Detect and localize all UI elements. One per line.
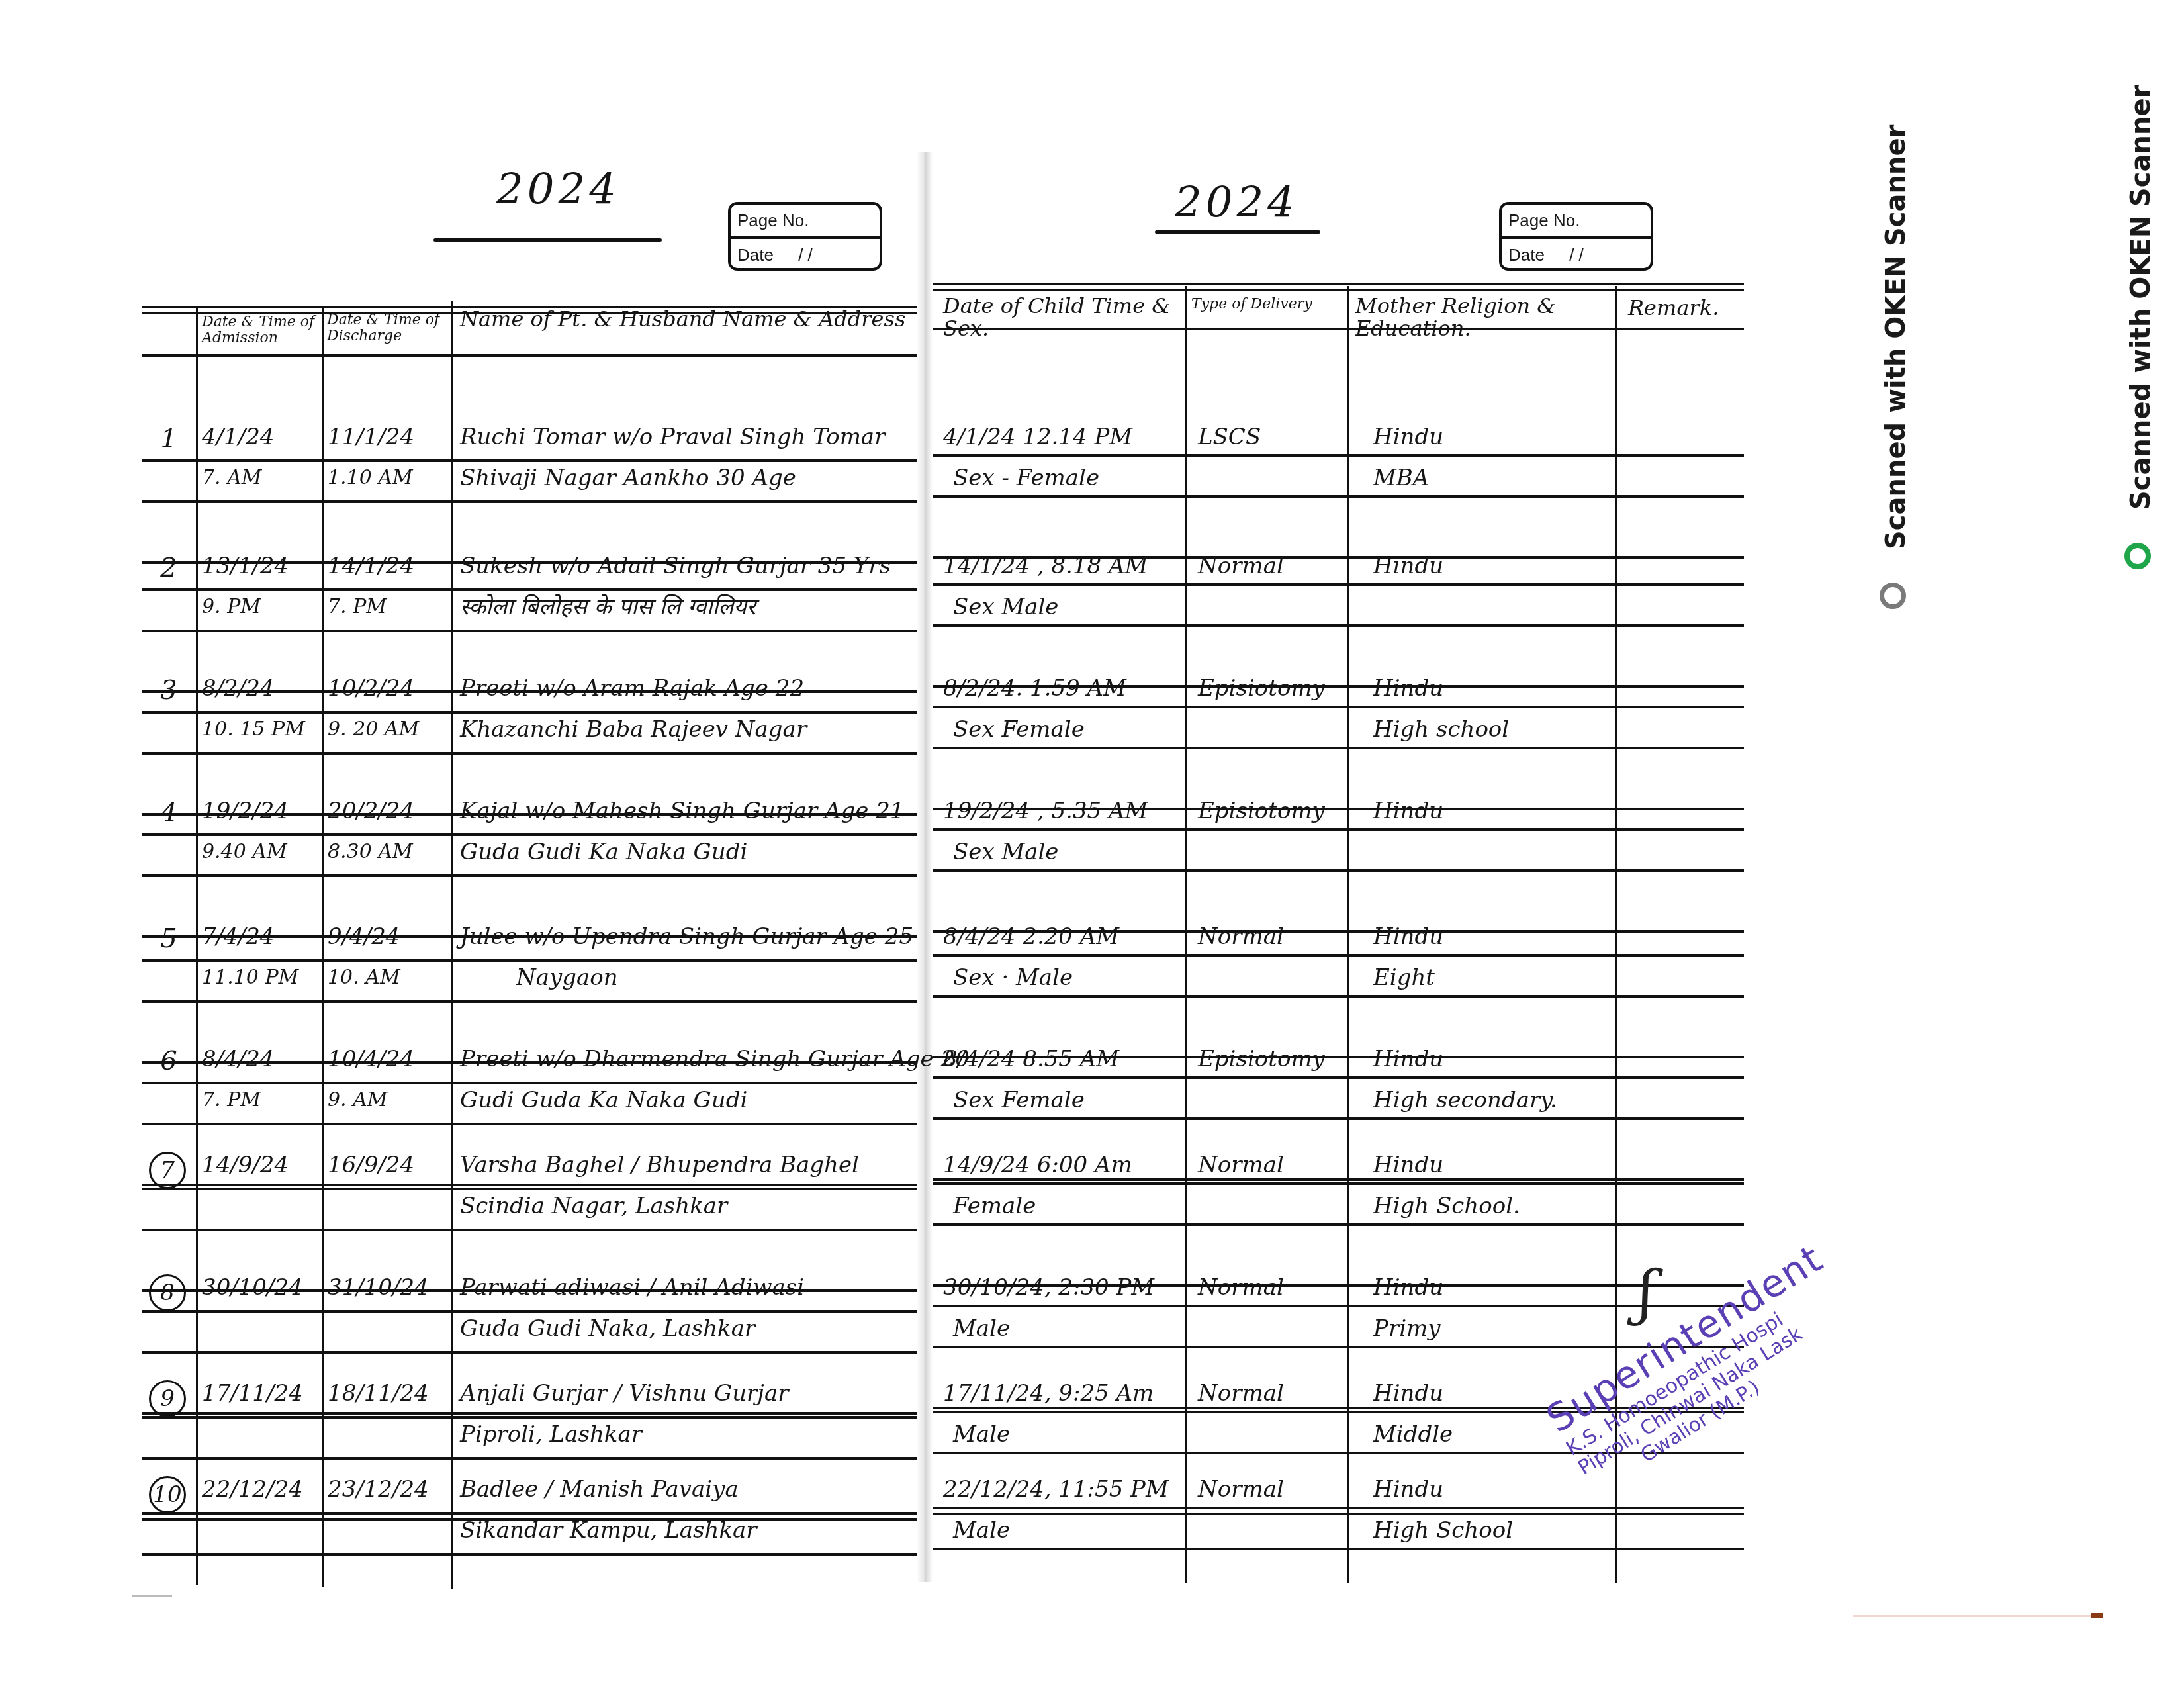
mother-religion: Hindu	[1373, 1046, 1443, 1072]
row-rule	[933, 1182, 1744, 1185]
mother-education: High school	[1373, 716, 1509, 743]
col-rule-religion	[1347, 286, 1349, 1583]
mother-religion: Hindu	[1373, 1274, 1443, 1301]
row-number: 5	[149, 923, 189, 954]
admission-time: 7. AM	[202, 465, 262, 491]
mother-education: Primy	[1373, 1315, 1440, 1342]
discharge-date: 11/1/24	[328, 424, 414, 450]
header-mid-rule-left	[142, 354, 917, 357]
child-date-time: 8/4/24 8.55 AM	[943, 1046, 1119, 1072]
header-religion: Mother Religion & Education.	[1355, 295, 1607, 340]
book-gutter	[917, 152, 933, 1582]
child-date-time: 14/9/24 6:00 Am	[943, 1152, 1132, 1178]
patient-name-husband: Kajal w/o Mahesh Singh Gurjar Age 21	[460, 798, 904, 824]
row-rule	[933, 869, 1744, 872]
page-date-value: / /	[1569, 245, 1584, 265]
page-date-label: Date	[737, 245, 774, 265]
page-no-label: Page No.	[731, 205, 880, 236]
child-date-time: 17/11/24, 9:25 Am	[943, 1380, 1154, 1407]
oken-logo-gray-icon	[1880, 583, 1906, 609]
right-page-number-box: Page No. Date / /	[1499, 202, 1653, 271]
row-number: 9	[149, 1380, 186, 1417]
row-rule	[933, 1178, 1744, 1181]
admission-date: 7/4/24	[202, 923, 274, 950]
row-rule	[142, 1553, 917, 1556]
row-rule	[933, 954, 1744, 957]
row-rule	[933, 1117, 1744, 1120]
row-rule	[933, 1513, 1744, 1515]
row-number: 6	[149, 1046, 189, 1076]
delivery-type: Normal	[1198, 923, 1284, 950]
child-sex: Male	[953, 1517, 1010, 1544]
left-page-year: 2024	[496, 165, 620, 214]
left-page-number-box: Page No. Date / /	[728, 202, 882, 271]
admission-time: 10. 15 PM	[202, 716, 305, 743]
row-number: 3	[149, 675, 189, 706]
child-date-time: 19/2/24 , 5.35 AM	[943, 798, 1148, 824]
mother-religion: Hindu	[1373, 1152, 1443, 1178]
patient-name-husband: Preeti w/o Dharmendra Singh Gurjar Age 2…	[460, 1046, 970, 1072]
right-page-year: 2024	[1175, 179, 1298, 228]
row-rule	[933, 495, 1744, 498]
patient-address: Gudi Guda Ka Naka Gudi	[460, 1087, 747, 1113]
page-no-label: Page No.	[1502, 205, 1651, 236]
delivery-type: Episiotomy	[1198, 1046, 1325, 1072]
delivery-type: Episiotomy	[1198, 798, 1325, 824]
patient-address: Sikandar Kampu, Lashkar	[460, 1517, 757, 1544]
header-remark: Remark.	[1628, 297, 1741, 319]
row-rule	[142, 630, 917, 632]
child-sex: Sex - Female	[953, 465, 1099, 491]
discharge-date: 10/4/24	[328, 1046, 414, 1072]
page-date-row: Date / /	[1502, 236, 1651, 268]
discharge-date: 18/11/24	[328, 1380, 429, 1407]
child-sex: Sex Female	[953, 716, 1085, 743]
page-date-value: / /	[798, 245, 813, 265]
row-rule	[142, 588, 917, 591]
patient-name-husband: Ruchi Tomar w/o Praval Singh Tomar	[460, 424, 885, 450]
row-rule	[933, 1076, 1744, 1079]
oken-logo-green-icon	[2124, 543, 2151, 569]
row-rule	[142, 1512, 917, 1515]
row-rule	[142, 1229, 917, 1231]
discharge-date: 14/1/24	[328, 553, 414, 579]
patient-address: Scindia Nagar, Lashkar	[460, 1193, 727, 1219]
child-date-time: 8/2/24. 1.59 AM	[943, 675, 1126, 702]
patient-address: Guda Gudi Ka Naka Gudi	[460, 839, 747, 865]
child-date-time: 4/1/24 12.14 PM	[943, 424, 1132, 450]
child-date-time: 8/4/24 2.20 AM	[943, 923, 1119, 950]
child-sex: Sex Male	[953, 839, 1058, 865]
patient-address: Shivaji Nagar Aankho 30 Age	[460, 465, 796, 491]
mother-religion: Hindu	[1373, 424, 1443, 450]
row-rule	[142, 1188, 917, 1190]
col-rule-patient	[451, 301, 453, 1589]
discharge-date: 9/4/24	[328, 923, 400, 950]
mother-education: Middle	[1373, 1421, 1453, 1448]
mother-religion: Hindu	[1373, 1476, 1443, 1503]
mother-education: High School.	[1373, 1193, 1520, 1219]
discharge-time: 1.10 AM	[328, 465, 413, 491]
row-rule	[933, 706, 1744, 708]
patient-name-husband: Anjali Gurjar / Vishnu Gurjar	[460, 1380, 788, 1407]
row-rule	[142, 959, 917, 962]
row-rule	[142, 1457, 917, 1460]
col-rule-discharge	[322, 306, 324, 1587]
mother-education: Eight	[1373, 964, 1435, 991]
mother-education: MBA	[1373, 465, 1429, 491]
header-child: Date of Child Time & Sex.	[943, 295, 1181, 340]
row-rule	[933, 747, 1744, 749]
patient-name-husband: Preeti w/o Aram Rajak Age 22	[460, 675, 804, 702]
mother-religion: Hindu	[1373, 675, 1443, 702]
row-rule	[933, 454, 1744, 457]
delivery-type: Normal	[1198, 1274, 1284, 1301]
col-rule-admission	[196, 308, 198, 1585]
row-rule	[142, 752, 917, 755]
superintendent-stamp: Superintendent K.S. Homoeopathic Hospi P…	[1539, 1236, 1866, 1499]
discharge-date: 16/9/24	[328, 1152, 414, 1178]
discharge-date: 23/12/24	[328, 1476, 429, 1503]
row-rule	[933, 1223, 1744, 1226]
discharge-time: 10. AM	[328, 964, 400, 991]
header-top-rule-right	[933, 283, 1744, 285]
row-rule	[933, 1305, 1744, 1307]
delivery-type: Normal	[1198, 1380, 1284, 1407]
discharge-time: 7. PM	[328, 594, 387, 620]
page-edge-mark	[2091, 1613, 2103, 1618]
superintendent-signature: ʃ	[1638, 1258, 1654, 1327]
admission-time: 9.40 AM	[202, 839, 287, 865]
header-admission: Date & Time of Admission	[202, 314, 318, 346]
admission-date: 8/4/24	[202, 1046, 274, 1072]
patient-name-husband: Parwati adiwasi / Anil Adiwasi	[460, 1274, 804, 1301]
patient-address: Guda Gudi Naka, Lashkar	[460, 1315, 755, 1342]
child-sex: Sex Male	[953, 594, 1058, 620]
patient-name-husband: Sukesh w/o Adail Singh Gurjar 35 Yrs	[460, 553, 891, 579]
row-rule	[142, 1351, 917, 1354]
row-rule	[142, 1000, 917, 1003]
row-rule	[142, 1310, 917, 1313]
patient-address: Khazanchi Baba Rajeev Nagar	[460, 716, 807, 743]
delivery-type: LSCS	[1198, 424, 1261, 450]
row-rule	[142, 833, 917, 836]
row-number: 10	[149, 1476, 186, 1513]
col-rule-delivery	[1185, 286, 1187, 1583]
admission-time: 11.10 PM	[202, 964, 298, 991]
row-rule	[933, 1507, 1744, 1509]
right-year-underline	[1155, 230, 1320, 234]
page-edge-mark	[1853, 1615, 2091, 1617]
delivery-type: Normal	[1198, 1152, 1284, 1178]
child-date-time: 30/10/24, 2:30 PM	[943, 1274, 1154, 1301]
admission-date: 22/12/24	[202, 1476, 303, 1503]
delivery-type: Episiotomy	[1198, 675, 1325, 702]
discharge-time: 9. 20 AM	[328, 716, 419, 743]
child-sex: Male	[953, 1315, 1010, 1342]
row-rule	[142, 500, 917, 503]
patient-name-husband: Badlee / Manish Pavaiya	[460, 1476, 739, 1503]
mother-education: High School	[1373, 1517, 1513, 1544]
admission-time: 9. PM	[202, 594, 261, 620]
mother-religion: Hindu	[1373, 798, 1443, 824]
page-date-label: Date	[1508, 245, 1545, 265]
delivery-type: Normal	[1198, 553, 1284, 579]
header-delivery: Type of Delivery	[1191, 297, 1343, 312]
child-sex: Sex · Male	[953, 964, 1073, 991]
watermark-right: Scanned with OKEN Scanner	[2126, 85, 2156, 510]
child-date-time: 14/1/24 , 8.18 AM	[943, 553, 1148, 579]
row-rule	[142, 1184, 917, 1186]
admission-date: 8/2/24	[202, 675, 274, 702]
admission-date: 30/10/24	[202, 1274, 303, 1301]
row-rule	[142, 1416, 917, 1419]
admission-date: 17/11/24	[202, 1380, 303, 1407]
watermark-left: Scanned with OKEN Scanner	[1881, 125, 1911, 549]
row-rule	[933, 995, 1744, 998]
child-sex: Sex Female	[953, 1087, 1085, 1113]
row-number: 1	[149, 424, 189, 454]
patient-address: स्कोला बिलोहस के पास लि ग्वालियर	[460, 594, 756, 620]
mother-religion: Hindu	[1373, 1380, 1443, 1407]
header-patient: Name of Pt. & Husband Name & Address	[460, 308, 910, 330]
row-number: 4	[149, 798, 189, 828]
child-sex: Male	[953, 1421, 1010, 1448]
row-rule	[933, 1346, 1744, 1348]
row-rule	[142, 1082, 917, 1084]
delivery-type: Normal	[1198, 1476, 1284, 1503]
admission-date: 14/9/24	[202, 1152, 289, 1178]
page-date-row: Date / /	[731, 236, 880, 268]
child-sex: Female	[953, 1193, 1036, 1219]
discharge-time: 9. AM	[328, 1087, 388, 1113]
left-year-underline	[433, 238, 662, 242]
row-rule	[142, 459, 917, 462]
patient-name-husband: Julee w/o Upendra Singh Gurjar Age 25	[460, 923, 913, 950]
patient-address: Piproli, Lashkar	[460, 1421, 642, 1448]
discharge-date: 20/2/24	[328, 798, 414, 824]
admission-date: 19/2/24	[202, 798, 289, 824]
mother-religion: Hindu	[1373, 923, 1443, 950]
page-edge-mark	[132, 1595, 172, 1597]
mother-religion: Hindu	[1373, 553, 1443, 579]
row-number: 8	[149, 1274, 186, 1311]
row-rule	[142, 1123, 917, 1125]
row-number: 2	[149, 553, 189, 583]
discharge-date: 31/10/24	[328, 1274, 429, 1301]
row-rule	[933, 828, 1744, 831]
row-number: 7	[149, 1152, 186, 1189]
header-discharge: Date & Time of Discharge	[327, 312, 449, 344]
row-rule	[142, 1412, 917, 1415]
patient-name-husband: Varsha Baghel / Bhupendra Baghel	[460, 1152, 859, 1178]
admission-date: 13/1/24	[202, 553, 289, 579]
mother-education: High secondary.	[1373, 1087, 1557, 1113]
discharge-time: 8.30 AM	[328, 839, 413, 865]
row-rule	[142, 874, 917, 877]
row-rule	[933, 624, 1744, 627]
row-rule	[142, 711, 917, 714]
discharge-date: 10/2/24	[328, 675, 414, 702]
patient-address: Naygaon	[516, 964, 618, 991]
admission-date: 4/1/24	[202, 424, 274, 450]
row-rule	[933, 583, 1744, 586]
admission-time: 7. PM	[202, 1087, 261, 1113]
row-rule	[933, 1548, 1744, 1550]
child-date-time: 22/12/24, 11:55 PM	[943, 1476, 1169, 1503]
